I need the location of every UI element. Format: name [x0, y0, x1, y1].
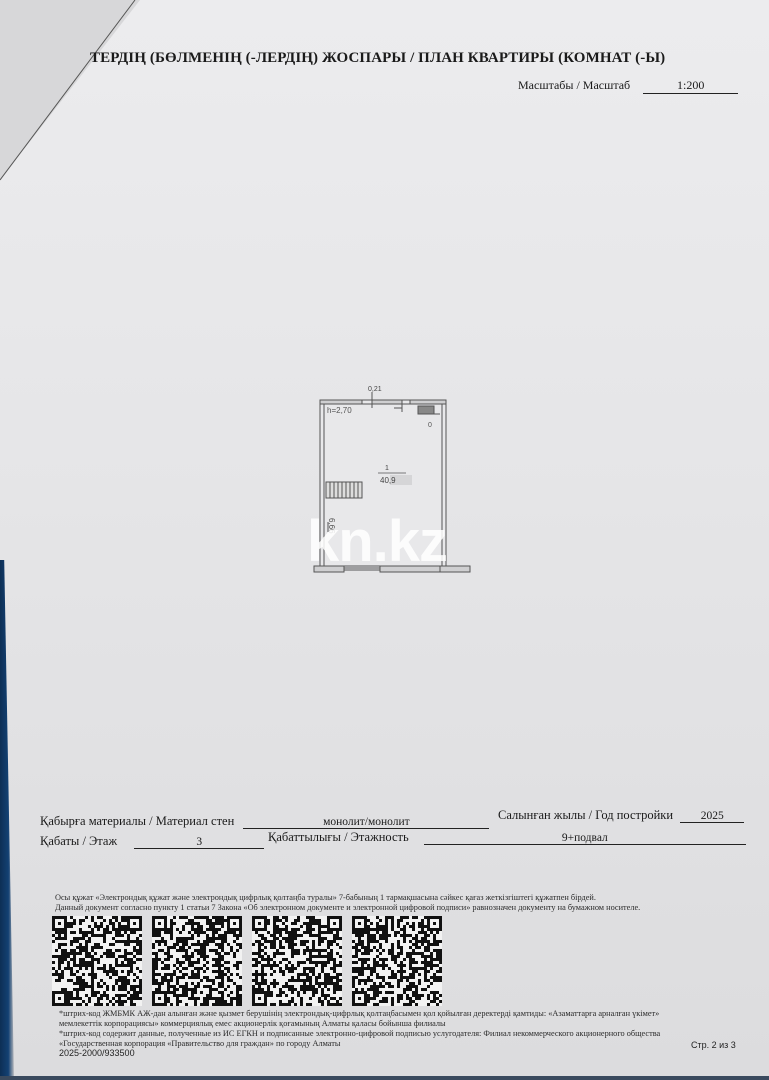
- qr-code-4: [352, 916, 442, 1006]
- footnote-kz-2: мемлекеттік корпорациясы» коммерциялық е…: [59, 1019, 446, 1029]
- footnote-kz-1: *штрих-код ЖМБМК АЖ-дан алынған және қыз…: [59, 1009, 659, 1019]
- room-number: 1: [385, 465, 389, 472]
- floor-value: 3: [134, 836, 264, 849]
- ceiling-height: h=2,70: [327, 406, 352, 415]
- scale-value: 1:200: [643, 78, 738, 94]
- watermark: kn.kz: [307, 508, 447, 575]
- legal-notice-ru: Данный документ согласно пункту 1 статьи…: [55, 903, 640, 913]
- qr-code-1: [52, 916, 142, 1006]
- page-title: ТЕРДІҢ (БӨЛМЕНІҢ (-ЛЕРДІҢ) ЖОСПАРЫ / ПЛА…: [90, 50, 665, 67]
- wall-material-row: Қабырға материалы / Материал стен моноли…: [40, 814, 489, 829]
- background-edge: [0, 560, 14, 1080]
- scale-row: Масштабы / Масштаб 1:200: [518, 78, 738, 94]
- legal-notice-kz: Осы құжат «Электрондық құжат және электр…: [55, 893, 596, 903]
- scale-label: Масштабы / Масштаб: [518, 78, 630, 92]
- floor-row: Қабаты / Этаж 3: [40, 834, 264, 849]
- room-area: 40,9: [380, 476, 396, 485]
- year-label: Салынған жылы / Год постройки: [498, 808, 673, 822]
- qr-code-3: [252, 916, 342, 1006]
- document-page: ТЕРДІҢ (БӨЛМЕНІҢ (-ЛЕРДІҢ) ЖОСПАРЫ / ПЛА…: [0, 0, 769, 1080]
- background-edge-bottom: [0, 1076, 769, 1080]
- floor-label: Қабаты / Этаж: [40, 834, 117, 848]
- wall-material-value: монолит/монолит: [243, 816, 489, 829]
- top-dimension: 0,21: [368, 386, 382, 393]
- qr-code-2: [152, 916, 242, 1006]
- year-row: Салынған жылы / Год постройки 2025: [498, 808, 744, 823]
- document-number: 2025-2000/933500: [59, 1048, 135, 1058]
- footnote-ru-1: *штрих-код содержит данные, полученные и…: [59, 1029, 660, 1039]
- page-number: Стр. 2 из 3: [691, 1040, 736, 1050]
- small-label: 0: [428, 422, 432, 429]
- floors-total-row: Қабаттылығы / Этажность 9+подвал: [268, 830, 746, 845]
- floors-total-value: 9+подвал: [424, 832, 746, 845]
- fold-line: [0, 0, 200, 200]
- year-value: 2025: [680, 810, 744, 823]
- wall-material-label: Қабырға материалы / Материал стен: [40, 814, 234, 828]
- floors-total-label: Қабаттылығы / Этажность: [268, 830, 409, 844]
